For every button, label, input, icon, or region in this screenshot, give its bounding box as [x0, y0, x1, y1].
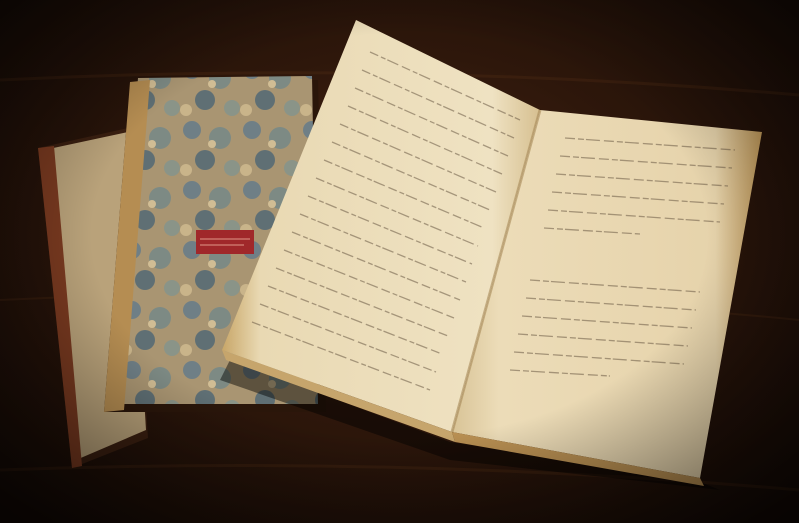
manuscripts-illustration — [0, 0, 799, 523]
photo-scene — [0, 0, 799, 523]
